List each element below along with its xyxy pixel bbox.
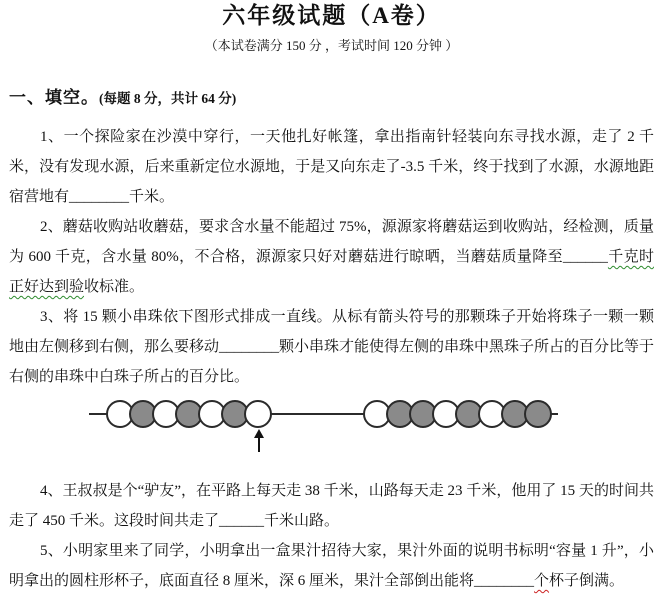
question-4: 4、王叔叔是个“驴友”，在平路上每天走 38 千米，山路每天走 23 千米，他用… [9, 476, 654, 536]
section-note: (每题 8 分，共计 64 分) [99, 91, 236, 106]
question-text-segment: 1、一个探险家在沙漠中穿行，一天他扎好帐篷，拿出指南针轻装向东寻找水源，走了 2… [9, 129, 654, 205]
question-5: 5、小明家里来了同学，小明拿出一盒果汁招待大家，果汁外面的说明书标明“容量 1 … [9, 536, 654, 596]
question-text-segment: 个 [534, 573, 549, 589]
question-text-segment: 2、蘑菇收购站收蘑菇，要求含水量不能超过 75%，源源家将蘑菇运到收购站，经检测… [9, 219, 654, 265]
section-title: 一、填空。 [9, 88, 99, 107]
left-bead-group [106, 400, 267, 428]
fill-in-blank-questions: 1、一个探险家在沙漠中穿行，一天他扎好帐篷，拿出指南针轻装向东寻找水源，走了 2… [9, 122, 654, 596]
white-bead [244, 400, 272, 428]
arrow-shaft [258, 437, 260, 452]
question-text-segment: 杯子倒满。 [549, 573, 624, 589]
question-text-segment: 收标准。 [84, 279, 144, 295]
question-1: 1、一个探险家在沙漠中穿行，一天他扎好帐篷，拿出指南针轻装向东寻找水源，走了 2… [9, 122, 654, 212]
start-arrow-icon [253, 429, 265, 452]
page-title: 六年级试题（A卷） [9, 2, 654, 30]
page-subtitle: （本试卷满分 150 分 ，考试时间 120 分钟 ） [9, 38, 654, 54]
question-text-segment: 4、王叔叔是个“驴友”，在平路上每天走 38 千米，山路每天走 23 千米，他用… [9, 483, 654, 529]
exam-page: 六年级试题（A卷） （本试卷满分 150 分 ，考试时间 120 分钟 ） 一、… [0, 0, 662, 596]
right-bead-group [363, 400, 547, 428]
question-2: 2、蘑菇收购站收蘑菇，要求含水量不能超过 75%，源源家将蘑菇运到收购站，经检测… [9, 212, 654, 302]
gray-bead [524, 400, 552, 428]
question-3: 3、将 15 颗小串珠依下图形式排成一直线。从标有箭头符号的那颗珠子开始将珠子一… [9, 302, 654, 392]
question-text-segment: 3、将 15 颗小串珠依下图形式排成一直线。从标有箭头符号的那颗珠子开始将珠子一… [9, 309, 654, 385]
section-heading: 一、填空。(每题 8 分，共计 64 分) [9, 87, 654, 110]
bead-diagram [9, 392, 654, 462]
